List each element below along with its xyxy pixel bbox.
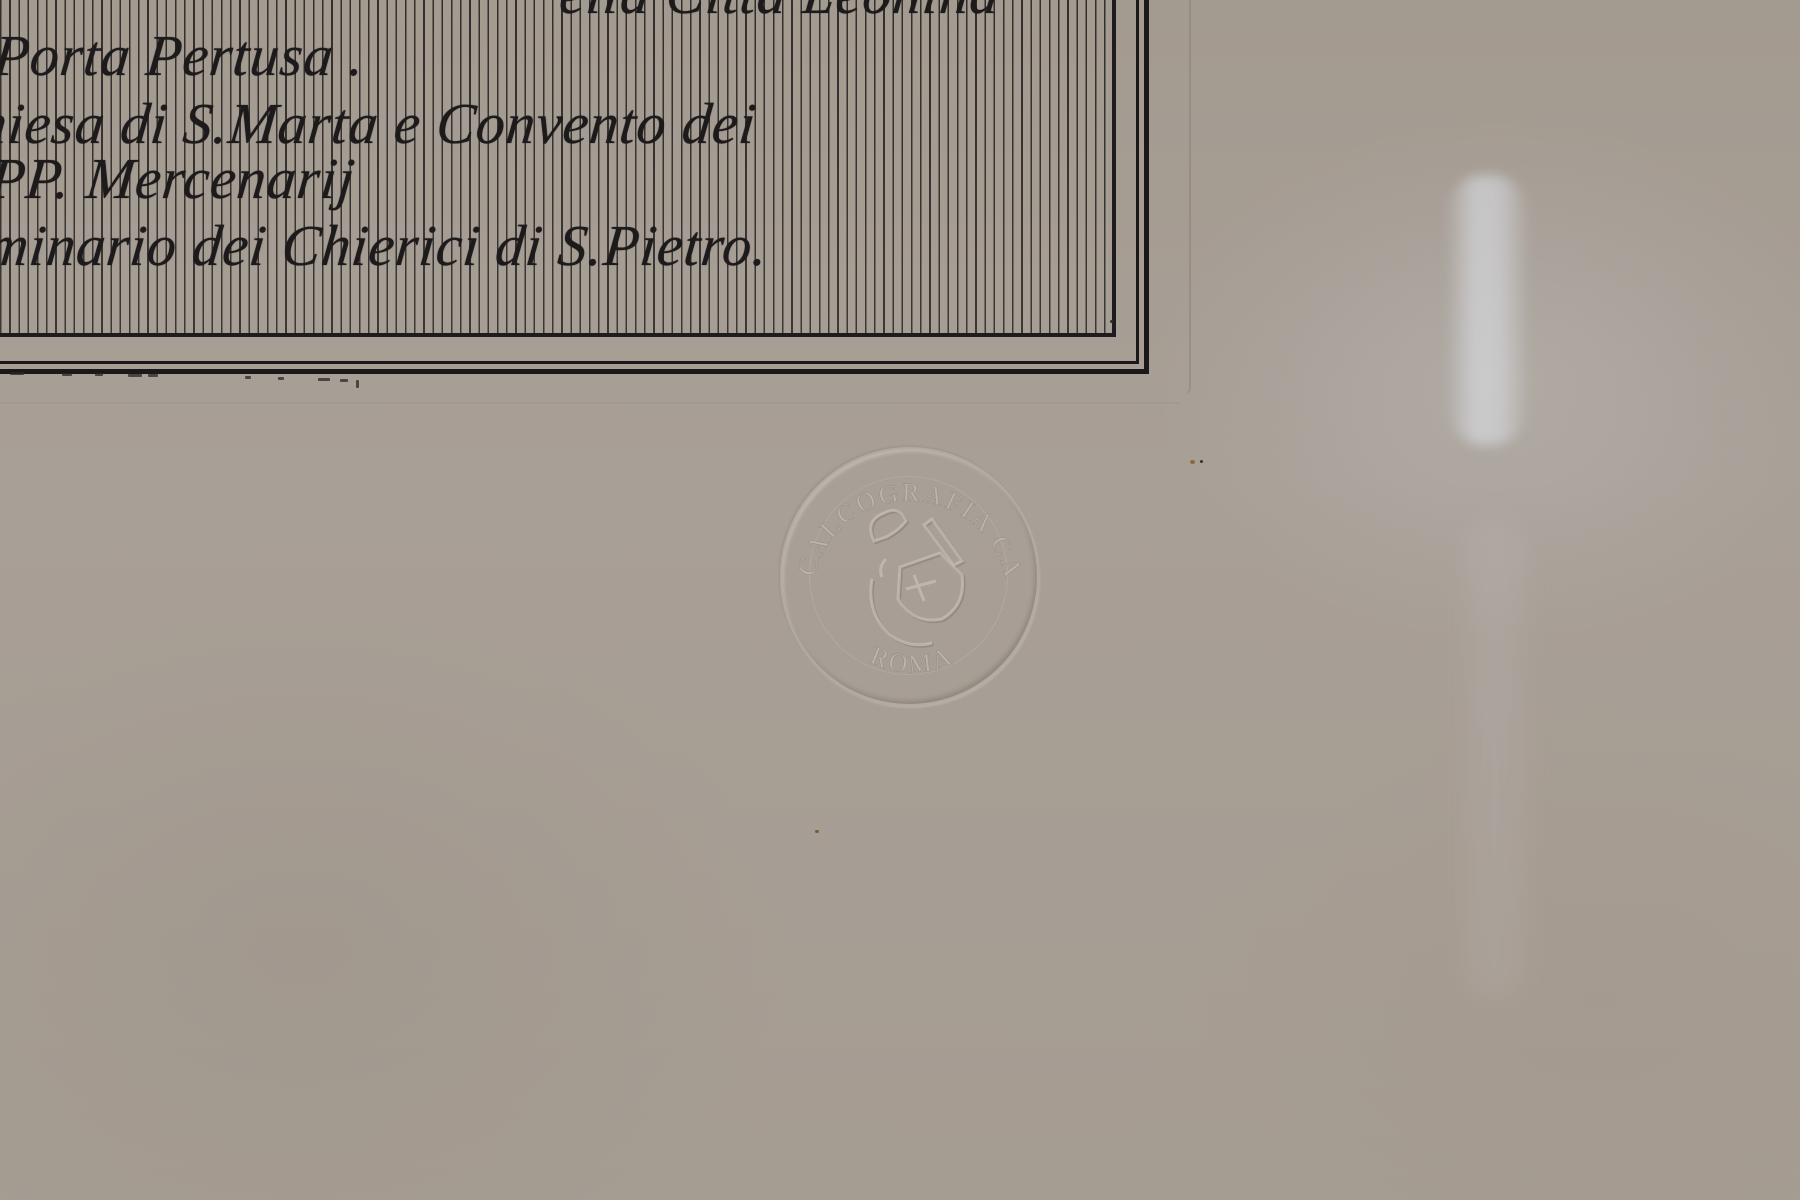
plate-mark-horizontal: [0, 402, 1180, 404]
dashed-rule: [0, 372, 1100, 392]
legend-text: ella Città Leonina Porta Pertusa . hiesa…: [0, 0, 1100, 333]
legend-line-0: ella Città Leonina: [556, 0, 1003, 27]
blind-stamp: CALCOGRAFIA CAMERALE ROMA: [780, 447, 1039, 706]
legend-line-pp-mercenarij: PP. Mercenarij: [0, 145, 359, 212]
stamp-emblem-icon: CALCOGRAFIA CAMERALE ROMA: [782, 449, 1037, 704]
glass-reflection-faint: [1465, 520, 1525, 1000]
legend-line-porta-pertusa: Porta Pertusa .: [0, 22, 369, 89]
legend-line-seminario: eminario dei Chierici di S.Pietro.: [0, 212, 772, 279]
plate-mark: [1183, 0, 1191, 395]
glass-reflection: [1445, 175, 1530, 445]
